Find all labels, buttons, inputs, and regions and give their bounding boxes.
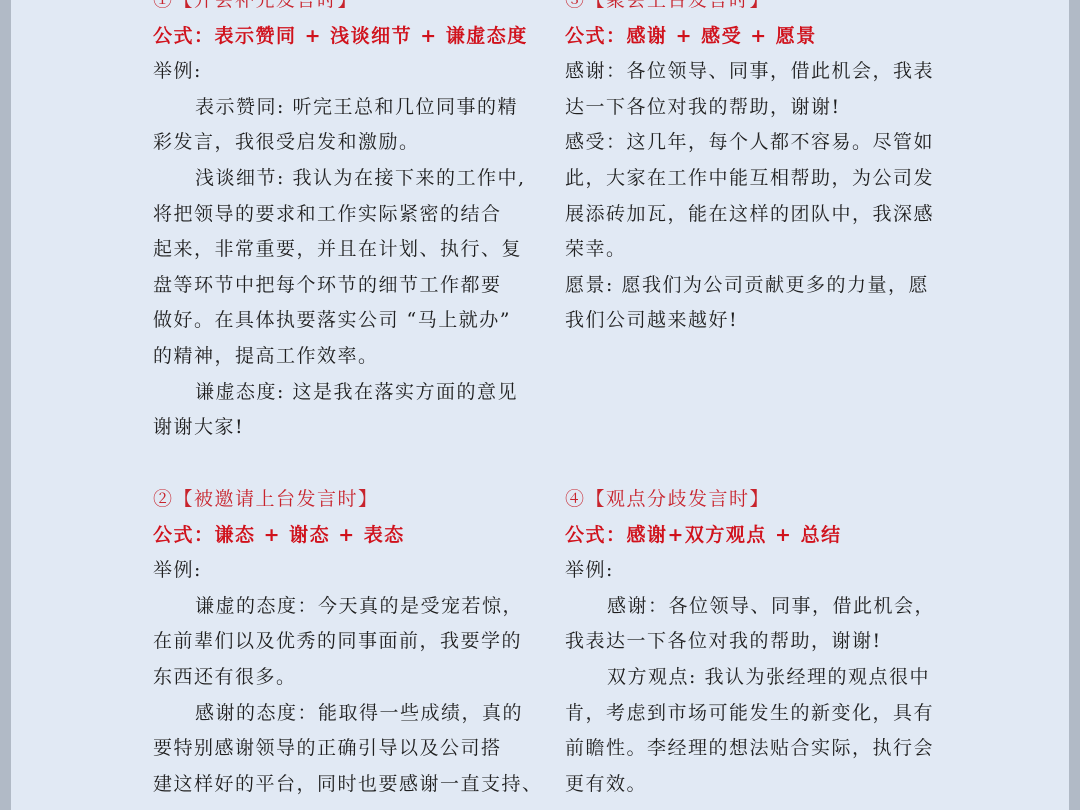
text-line: 前瞻性。李经理的想法贴合实际，执行会 <box>565 731 955 767</box>
text-line: 感谢：各位领导、同事，借此机会，我表 <box>565 54 955 90</box>
section-heading: ①【开会补充发言时】 <box>153 0 543 19</box>
text-line: 达一下各位对我的帮助，谢谢! <box>565 90 955 126</box>
section-heading: ③【聚会上台发言时】 <box>565 0 955 19</box>
section-formula: 公式：感谢 + 感受 + 愿景 <box>565 19 955 55</box>
text-line: 建这样好的平台，同时也要感谢一直支持、 <box>153 767 543 803</box>
text-line: 愿景: 愿我们为公司贡献更多的力量，愿 <box>565 268 955 304</box>
text-line: 表示赞同: 听完王总和几位同事的精 <box>153 90 543 126</box>
section-meeting-supplement: ①【开会补充发言时】 公式：表示赞同 + 浅谈细节 + 谦虚态度 举例: 表示赞… <box>153 0 543 446</box>
text-line: 起来，非常重要，并且在计划、执行、复 <box>153 232 543 268</box>
section-formula: 公式：谦态 + 谢态 + 表态 <box>153 518 543 554</box>
section-heading: ②【被邀请上台发言时】 <box>153 482 543 518</box>
text-line: 做好。在具体执要落实公司 “马上就办” <box>153 303 543 339</box>
text-line: 感谢的态度：能取得一些成绩，真的 <box>153 696 543 732</box>
text-line: 在前辈们以及优秀的同事面前，我要学的 <box>153 624 543 660</box>
text-line: 举例: <box>153 553 543 589</box>
text-line: 展添砖加瓦，能在这样的团队中，我深感 <box>565 197 955 233</box>
text-line: 彩发言，我很受启发和激励。 <box>153 125 543 161</box>
text-line: 将把领导的要求和工作实际紧密的结合 <box>153 197 543 233</box>
section-formula: 公式：表示赞同 + 浅谈细节 + 谦虚态度 <box>153 19 543 55</box>
text-line: 荣幸。 <box>565 232 955 268</box>
text-line: 盘等环节中把每个环节的细节工作都要 <box>153 268 543 304</box>
text-line: 举例: <box>153 54 543 90</box>
text-line: 感谢：各位领导、同事，借此机会， <box>565 589 955 625</box>
section-formula: 公式：感谢+双方观点 + 总结 <box>565 518 955 554</box>
text-line: 要特别感谢领导的正确引导以及公司搭 <box>153 731 543 767</box>
section-disagreement-speech: ④【观点分歧发言时】 公式：感谢+双方观点 + 总结 举例: 感谢：各位领导、同… <box>565 482 955 802</box>
text-line: 更有效。 <box>565 767 955 803</box>
text-line: 谦虚态度: 这是我在落实方面的意见 <box>153 375 543 411</box>
text-line: 东西还有很多。 <box>153 660 543 696</box>
text-line: 此，大家在工作中能互相帮助，为公司发 <box>565 161 955 197</box>
text-line: 我表达一下各位对我的帮助，谢谢! <box>565 624 955 660</box>
text-line: 谢谢大家! <box>153 410 543 446</box>
text-line: 浅谈细节: 我认为在接下来的工作中, <box>153 161 543 197</box>
text-line: 举例: <box>565 553 955 589</box>
text-line: 感受：这几年，每个人都不容易。尽管如 <box>565 125 955 161</box>
text-line: 的精神，提高工作效率。 <box>153 339 543 375</box>
text-line: 我们公司越来越好! <box>565 303 955 339</box>
section-invited-speech: ②【被邀请上台发言时】 公式：谦态 + 谢态 + 表态 举例: 谦虚的态度：今天… <box>153 482 543 802</box>
text-line: 谦虚的态度：今天真的是受宠若惊， <box>153 589 543 625</box>
text-line: 肯，考虑到市场可能发生的新变化，具有 <box>565 696 955 732</box>
document-page: ①【开会补充发言时】 公式：表示赞同 + 浅谈细节 + 谦虚态度 举例: 表示赞… <box>11 0 1069 810</box>
section-heading: ④【观点分歧发言时】 <box>565 482 955 518</box>
text-line: 双方观点: 我认为张经理的观点很中 <box>565 660 955 696</box>
section-party-speech: ③【聚会上台发言时】 公式：感谢 + 感受 + 愿景 感谢：各位领导、同事，借此… <box>565 0 955 339</box>
